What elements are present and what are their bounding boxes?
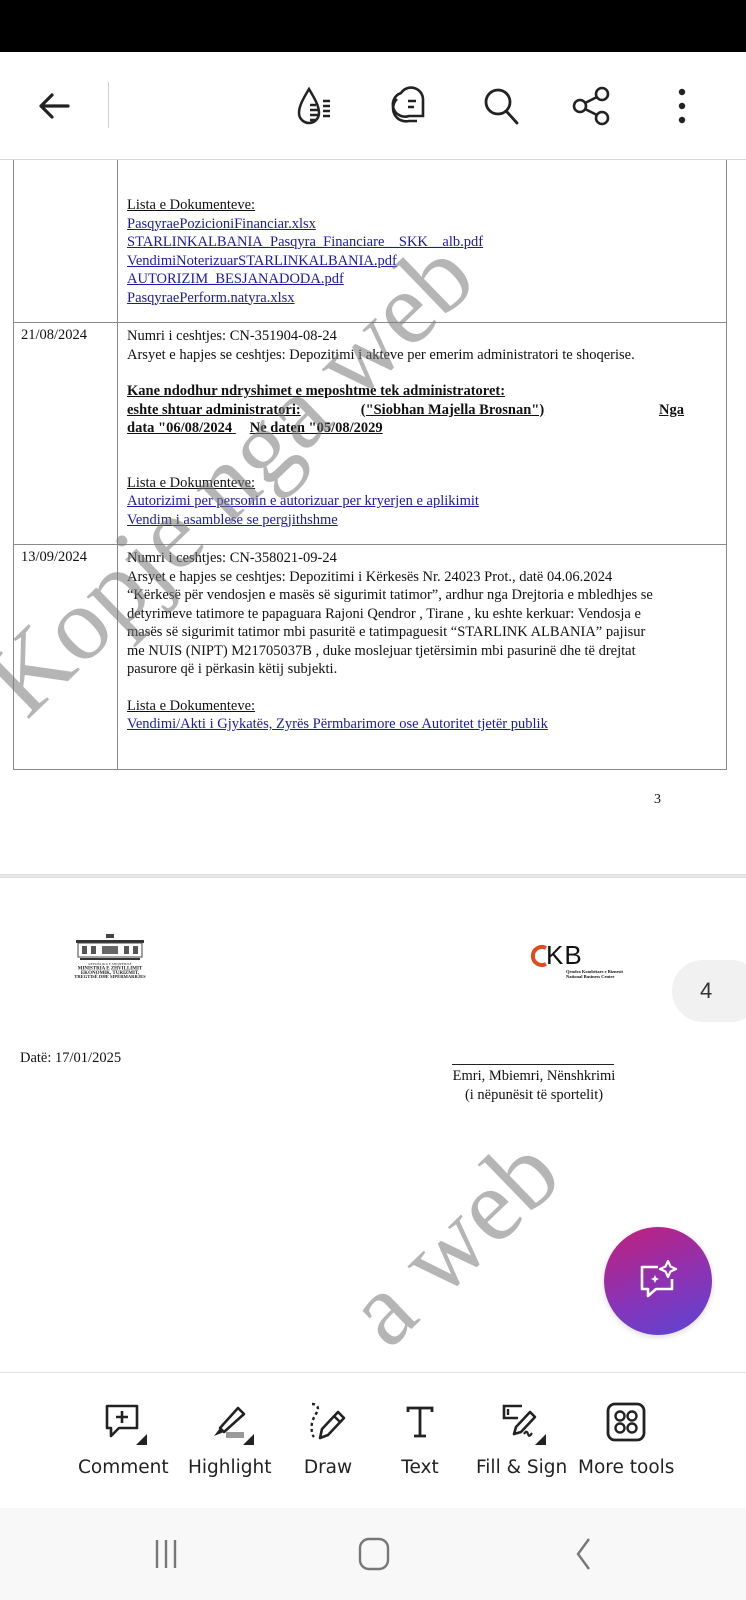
svg-text:REPUBLIKA E SHQIPËRISË: REPUBLIKA E SHQIPËRISË: [88, 961, 131, 966]
ai-assistant-icon: [634, 1257, 682, 1305]
issue-date: Datë: 17/01/2025: [20, 1050, 121, 1067]
doc-link[interactable]: Vendimi/Akti i Gjykatës, Zyrës Përmbarim…: [127, 715, 716, 734]
doc-link[interactable]: PasqyraePozicioniFinanciar.xlsx: [127, 215, 716, 234]
system-navigation-bar: [0, 1508, 746, 1600]
ai-assistant-button[interactable]: [604, 1227, 712, 1335]
table-row: Lista e Dokumenteve: PasqyraePozicioniFi…: [14, 160, 726, 323]
case-number: Numri i ceshtjes: CN-351904-08-24: [127, 327, 716, 346]
status-bar: [0, 0, 746, 52]
top-app-bar: [0, 52, 746, 160]
doc-link[interactable]: Vendim i asamblese se pergjithshme: [127, 511, 716, 530]
text-icon: [402, 1402, 438, 1442]
comments-list-icon: [387, 83, 433, 129]
date-to: Ne daten "05/08/2029: [250, 420, 383, 436]
case-reason-line: Arsyet e hapjes se ceshtjes: Depozitimi …: [127, 568, 716, 587]
case-reason-line: detyrimeve tatimore te papaguara Rajoni …: [127, 605, 716, 624]
date-from: data "06/08/2024: [127, 420, 232, 436]
signature-line: [452, 1064, 614, 1065]
doc-link[interactable]: Autorizimi per personin e autorizuar per…: [127, 492, 716, 511]
qkb-logo: KB Qendra Kombëtare e Biznesit National …: [530, 940, 650, 980]
share-icon: [570, 84, 614, 128]
ministry-building-icon: REPUBLIKA E SHQIPËRISË MINISTRIA E ZHVIL…: [40, 932, 180, 978]
page-separator: [0, 874, 746, 878]
tool-label: Text: [401, 1457, 438, 1478]
tool-options-indicator: [535, 1434, 546, 1445]
qkb-logo-text: KB: [546, 940, 583, 971]
annotation-toolbar: Comment Highlight Draw Text Fill & Sign …: [0, 1372, 746, 1508]
tool-fill-sign[interactable]: Fill & Sign: [476, 1397, 567, 1478]
tool-text[interactable]: Text: [390, 1397, 450, 1478]
tool-more-tools[interactable]: More tools: [578, 1397, 674, 1478]
docs-label: Lista e Dokumenteve:: [127, 474, 716, 493]
signature-label: Emri, Mbiemri, Nënshkrimi: [420, 1067, 648, 1086]
tool-label: Comment: [78, 1457, 169, 1478]
docs-label: Lista e Dokumenteve:: [127, 196, 716, 215]
tool-label: Highlight: [188, 1457, 272, 1478]
search-button[interactable]: [476, 80, 528, 132]
case-reason-line: pasurore që i përkasin këtij subjekti.: [127, 660, 716, 679]
change-detail-c: Nga: [659, 401, 684, 420]
doc-link[interactable]: PasqyraePerform.natyra.xlsx: [127, 289, 716, 308]
administrator-name: ("Siobhan Majella Brosnan"): [361, 401, 544, 420]
current-page-indicator[interactable]: 4: [672, 960, 746, 1022]
liquid-mode-icon: [293, 83, 339, 129]
signature-block: Emri, Mbiemri, Nënshkrimi (i nëpunësit t…: [420, 1067, 648, 1105]
change-dates: data "06/08/2024 Ne daten "05/08/2029: [127, 419, 716, 438]
row-date: [14, 160, 118, 322]
page-number: 3: [654, 792, 661, 808]
comments-list-button[interactable]: [384, 80, 436, 132]
change-detail: eshte shtuar administratori: ("Siobhan M…: [127, 401, 684, 420]
svg-text:TREGTISË DHE SIPËRMARRJES: TREGTISË DHE SIPËRMARRJES: [74, 974, 146, 978]
recent-apps-icon: [151, 1538, 181, 1570]
more-options-button[interactable]: [656, 80, 708, 132]
row-date: 13/09/2024: [14, 545, 118, 769]
back-chevron-icon: [573, 1537, 595, 1571]
case-reason-line: “Kërkesë për vendosjen e masës së siguri…: [127, 586, 716, 605]
back-nav-button[interactable]: [554, 1534, 614, 1574]
more-tools-grid-icon: [605, 1401, 647, 1443]
liquid-mode-button[interactable]: [290, 80, 342, 132]
qkb-subtitle-2: National Business Center: [566, 974, 615, 979]
tool-label: Fill & Sign: [476, 1457, 567, 1478]
tool-draw[interactable]: Draw: [298, 1397, 358, 1478]
case-number: Numri i ceshtjes: CN-358021-09-24: [127, 549, 716, 568]
tool-highlight[interactable]: Highlight: [188, 1397, 272, 1478]
table-row: 21/08/2024 Numri i ceshtjes: CN-351904-0…: [14, 323, 726, 545]
tool-comment[interactable]: Comment: [78, 1397, 169, 1478]
back-arrow-icon: [34, 86, 74, 126]
ministry-logo: REPUBLIKA E SHQIPËRISË MINISTRIA E ZHVIL…: [40, 932, 180, 978]
top-bar-divider: [108, 82, 109, 128]
home-icon: [357, 1537, 391, 1571]
doc-link[interactable]: STARLINKALBANIA_Pasqyra_Financiare__SKK_…: [127, 233, 716, 252]
tool-label: More tools: [578, 1457, 674, 1478]
recent-apps-button[interactable]: [136, 1534, 196, 1574]
tool-options-indicator: [243, 1434, 254, 1445]
home-button[interactable]: [344, 1534, 404, 1574]
change-heading: Kane ndodhur ndryshimet e meposhtme tek …: [127, 382, 716, 401]
tool-label: Draw: [304, 1457, 352, 1478]
share-button[interactable]: [566, 80, 618, 132]
case-history-table: Lista e Dokumenteve: PasqyraePozicioniFi…: [13, 160, 727, 770]
back-button[interactable]: [28, 80, 80, 132]
tool-options-indicator: [136, 1434, 147, 1445]
case-reason-line: masës së sigurimit tatimor mbi pasuritë …: [127, 623, 716, 642]
signature-sublabel: (i nëpunësit të sportelit): [420, 1086, 648, 1105]
more-vertical-icon: [672, 84, 692, 128]
watermark: a web: [323, 1113, 582, 1369]
table-row: 13/09/2024 Numri i ceshtjes: CN-358021-0…: [14, 545, 726, 770]
change-detail-a: eshte shtuar administratori:: [127, 401, 301, 420]
draw-pencil-icon: [306, 1400, 350, 1444]
docs-label: Lista e Dokumenteve:: [127, 697, 716, 716]
search-icon: [480, 84, 524, 128]
case-reason: Arsyet e hapjes se ceshtjes: Depozitimi …: [127, 346, 716, 365]
doc-link[interactable]: VendimiNoterizuarSTARLINKALBANIA.pdf: [127, 252, 716, 271]
pdf-viewport[interactable]: Lista e Dokumenteve: PasqyraePozicioniFi…: [0, 160, 746, 1372]
case-reason-line: me NUIS (NIPT) M21705037B , duke mosleju…: [127, 642, 716, 661]
row-date: 21/08/2024: [14, 323, 118, 544]
doc-link[interactable]: AUTORIZIM_BESJANADODA.pdf: [127, 270, 716, 289]
